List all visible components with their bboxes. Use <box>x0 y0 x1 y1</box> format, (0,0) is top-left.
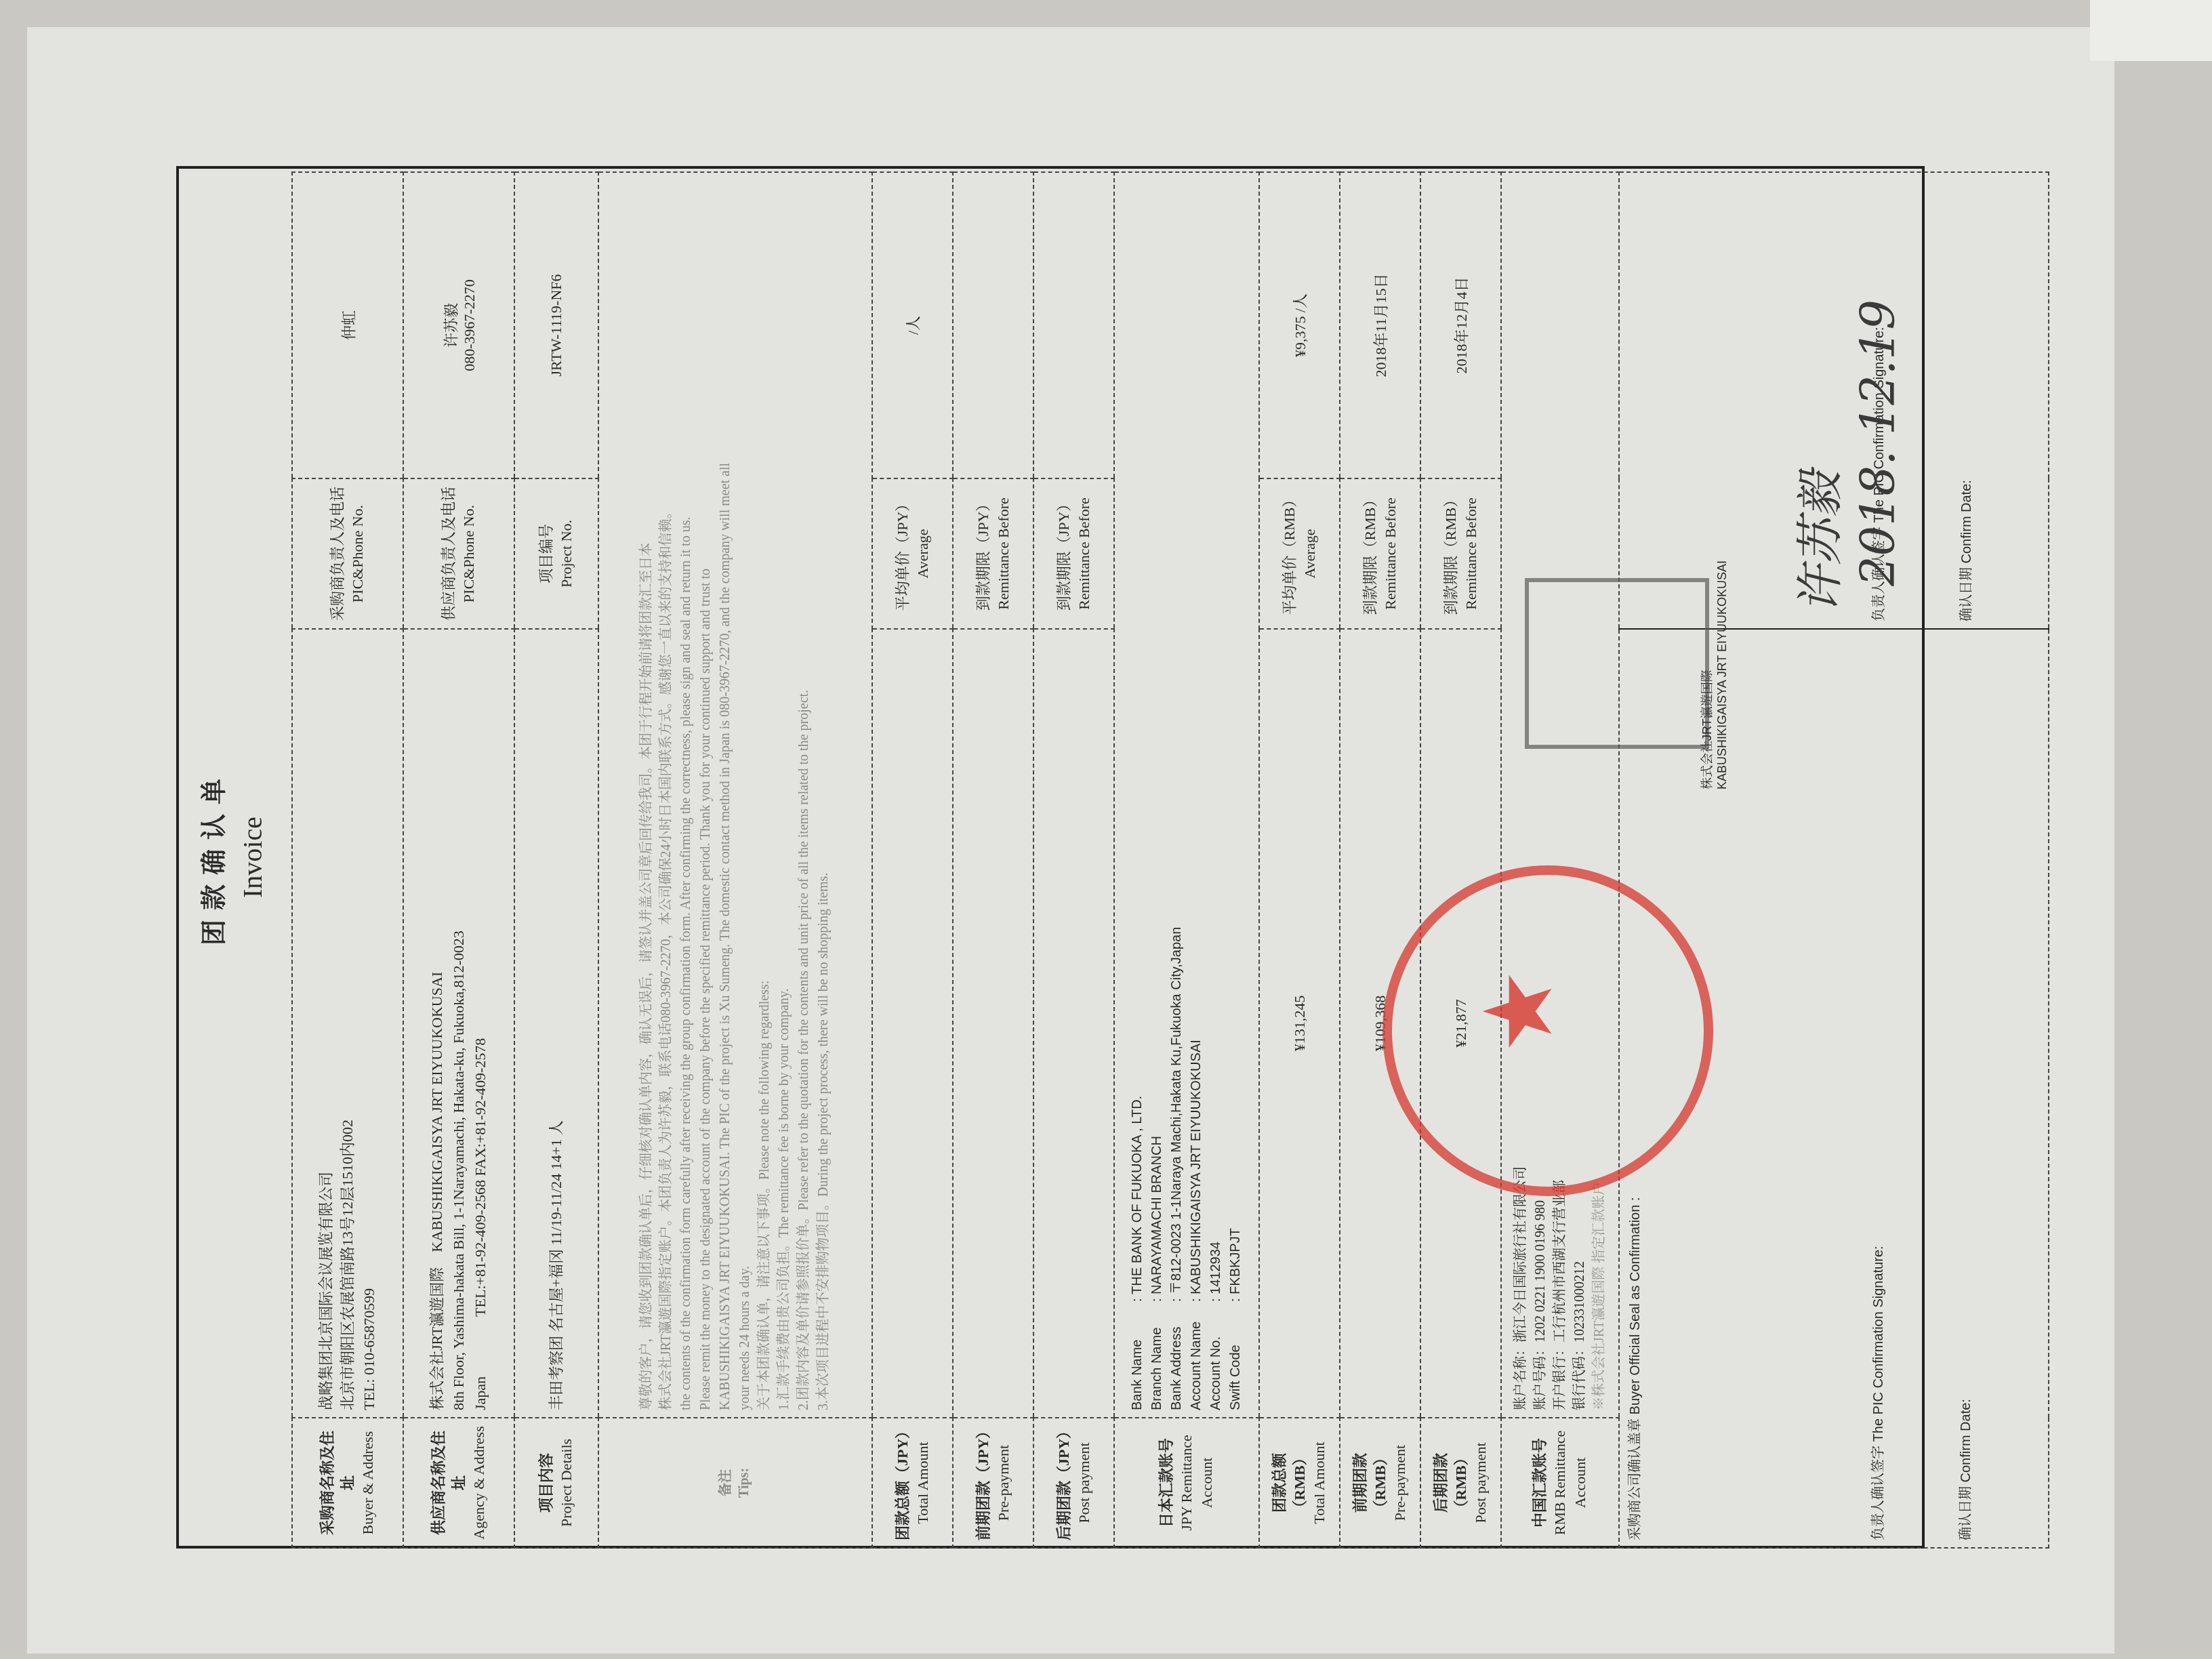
buyer-label: 采购商名称及住址 Buyer & Address <box>292 1418 403 1548</box>
rmb-post-row: 后期团款（RMB） Post payment ¥21,877 到款期限（RMB）… <box>1420 172 1501 1548</box>
jpy-total-row: 团款总额（JPY） Total Amount 平均单价（JPY） Average… <box>872 172 953 1548</box>
rmb-account-number: 账户号码：1202 0221 1900 0196 980 <box>1531 180 1551 1410</box>
account-no: Account No.: 1412934 <box>1206 180 1226 1410</box>
jpy-post-row: 后期团款（JPY） Post payment 到款期限（JPY） Remitta… <box>1033 172 1114 1548</box>
handwritten-date: 2018. 12.19 <box>1850 300 1906 586</box>
rmb-account-label: 中国汇款账号 RMB Remittance Account <box>1501 1418 1619 1548</box>
bank-name: Bank Name: THE BANK OF FUKUOKA , LTD. <box>1128 180 1147 1410</box>
agency-address: 株式会社JRT瀛遊国際 KABUSHIKIGAISYA JRT EIYUUKOK… <box>403 629 514 1418</box>
jpy-account-label: 日本汇款账号 JPY Remittance Account <box>1114 1418 1259 1548</box>
project-label: 项目内容 Project Details <box>514 1418 598 1548</box>
rmb-pre-row: 前期团款（RMB） Pre-payment ¥109,368 到款期限（RMB）… <box>1340 172 1420 1548</box>
project-no-label: 项目编号 Project No. <box>514 478 598 629</box>
jpy-post-deadline-value <box>1033 172 1114 478</box>
background-paper-edge <box>2090 0 2212 61</box>
rmb-total-value: ¥131,245 <box>1259 629 1340 1418</box>
project-details: 丰田考察团 名古屋+福冈 11/19-11/24 14+1 人 <box>514 629 598 1418</box>
rmb-average-value: ¥9,375 /人 <box>1259 172 1340 478</box>
project-no-value: JRTW-1119-NF6 <box>514 172 598 478</box>
rmb-post-label: 后期团款（RMB） Post payment <box>1420 1418 1501 1548</box>
bank-address: Bank Address: 〒812-0023 1-1Naraya Machi,… <box>1167 180 1187 1410</box>
jpy-pre-value <box>953 629 1033 1418</box>
agency-pic-label: 供应商负责人及电话 PIC&Phone No. <box>403 478 514 629</box>
buyer-pic-value: 仲虹 <box>292 172 403 478</box>
buyer-address: 战略集团北京国际会议展览有限公司 北京市朝阳区农展馆南路13号12层1510内0… <box>292 629 403 1418</box>
rmb-account-row: 中国汇款账号 RMB Remittance Account 账户名称：浙江今日国… <box>1501 172 1619 1548</box>
swift-code: Swift Code: FKBKJPJT <box>1226 180 1246 1410</box>
project-row: 项目内容 Project Details 丰田考察团 名古屋+福冈 11/19-… <box>514 172 598 1548</box>
tips-row: 备注 Tips: 尊敬的客户，请您收到团款确认单后，仔细核对确认单内容，确认无误… <box>598 172 872 1548</box>
jpy-pre-label: 前期团款（JPY） Pre-payment <box>953 1418 1033 1548</box>
rmb-account-name: 账户名称：浙江今日国际旅行社有限公司 <box>1511 180 1531 1410</box>
rmb-bank: 开户银行：工行杭州市西湖支行营业部 <box>1551 180 1570 1410</box>
tips-text: 尊敬的客户，请您收到团款确认单后，仔细核对确认单内容，确认无误后，请签认并盖公司… <box>598 172 872 1418</box>
jpy-account-row: 日本汇款账号 JPY Remittance Account Bank Name:… <box>1114 172 1259 1548</box>
buyer-confirm-date-label: 确认日期 Confirm Date: <box>1954 636 1974 1540</box>
rmb-post-deadline-label: 到款期限（RMB） Remittance Before <box>1420 478 1501 629</box>
rmb-pre-deadline-label: 到款期限（RMB） Remittance Before <box>1340 478 1420 629</box>
jpy-average-label: 平均单价（JPY） Average <box>872 478 953 629</box>
rmb-bank-code: 银行代码：102331000212 <box>1570 180 1590 1410</box>
rmb-total-label: 团款总额（RMB） Total Amount <box>1259 1418 1340 1548</box>
jpy-pre-deadline-label: 到款期限（JPY） Remittance Before <box>953 478 1033 629</box>
jpy-post-label: 后期团款（JPY） Post payment <box>1033 1418 1114 1548</box>
jpy-pre-deadline-value <box>953 172 1033 478</box>
jpy-total-label: 团款总额（JPY） Total Amount <box>872 1418 953 1548</box>
title-en: Invoice <box>237 166 268 1549</box>
branch-name: Branch Name: NARAYAMACHI BRANCH <box>1147 180 1167 1410</box>
jpy-average-value: /人 <box>872 172 953 478</box>
agency-label: 供应商名称及住址 Agency & Address <box>403 1418 514 1548</box>
rmb-pre-deadline-value: 2018年11月15日 <box>1340 172 1420 478</box>
agency-seal-caption: 株式会社JRT瀛遊国際 KABUSHIKIGAISYA JRT EIYUUKOK… <box>1698 560 1729 790</box>
invoice-document: 团款确认单 Invoice 采购商名称及住址 Buyer & Address 战… <box>176 166 1938 1549</box>
document-title: 团款确认单 Invoice <box>192 166 268 1549</box>
rmb-account-details: 账户名称：浙江今日国际旅行社有限公司 账户号码：1202 0221 1900 0… <box>1501 172 1619 1418</box>
rmb-total-row: 团款总额（RMB） Total Amount ¥131,245 平均单价（RMB… <box>1259 172 1340 1548</box>
jpy-pre-row: 前期团款（JPY） Pre-payment 到款期限（JPY） Remittan… <box>953 172 1033 1548</box>
buyer-row: 采购商名称及住址 Buyer & Address 战略集团北京国际会议展览有限公… <box>292 172 403 1548</box>
agency-pic-value: 许苏毅 080-3967-2270 <box>403 172 514 478</box>
agency-row: 供应商名称及住址 Agency & Address 株式会社JRT瀛遊国際 KA… <box>403 172 514 1548</box>
rmb-post-deadline-value: 2018年12月4日 <box>1420 172 1501 478</box>
jpy-post-value <box>1033 629 1114 1418</box>
agency-confirm-date-label: 确认日期 Confirm Date: <box>1955 180 1975 621</box>
handwritten-signature: 许苏毅 <box>1782 471 1851 613</box>
title-zh: 团款确认单 <box>192 166 230 1549</box>
agency-square-seal <box>1525 578 1709 749</box>
rmb-average-label: 平均单价（RMB） Average <box>1259 478 1340 629</box>
buyer-pic-label: 采购商负责人及电话 PIC&Phone No. <box>292 478 403 629</box>
jpy-post-deadline-label: 到款期限（JPY） Remittance Before <box>1033 478 1114 629</box>
rmb-account-note: ※株式会社JRT瀛遊国際 指定汇款账户 <box>1590 180 1610 1410</box>
account-name: Account Name: KABUSHIKIGAISYA JRT EIYUUK… <box>1187 180 1206 1410</box>
jpy-total-value <box>872 629 953 1418</box>
confirmation-row: 采购商公司确认盖章 Buyer Official Seal as Confirm… <box>1619 172 2049 1548</box>
seal-star-icon: ★ <box>1464 968 1574 1054</box>
invoice-table: 采购商名称及住址 Buyer & Address 战略集团北京国际会议展览有限公… <box>291 171 2049 1549</box>
rmb-pre-label: 前期团款（RMB） Pre-payment <box>1340 1418 1420 1548</box>
buyer-pic-signature-label: 负责人确认签字 The PIC Confirmation Signature: <box>1867 636 1887 1540</box>
jpy-account-details: Bank Name: THE BANK OF FUKUOKA , LTD. Br… <box>1114 172 1259 1418</box>
tips-label: 备注 Tips: <box>598 1418 872 1548</box>
